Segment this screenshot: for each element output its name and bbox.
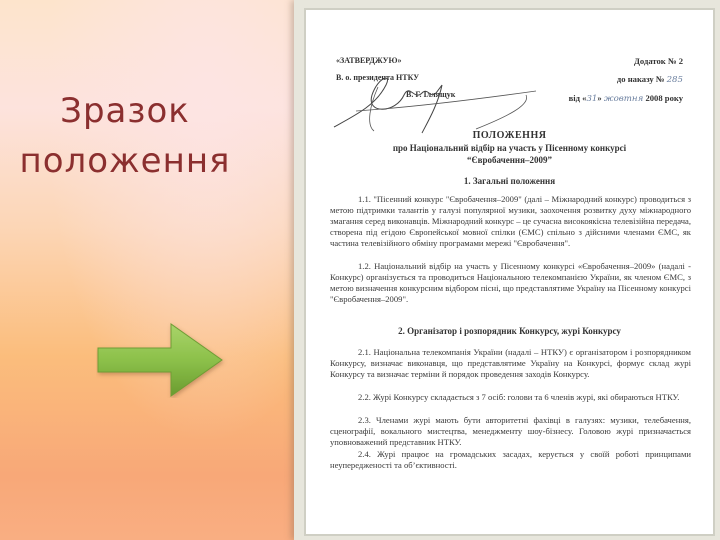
document-scan: «ЗАТВЕРДЖУЮ» В. о. президента НТКУ В. Г.… [306, 10, 713, 534]
document-title: ПОЛОЖЕННЯ [326, 130, 693, 142]
section-1-title: 1. Загальні положення [326, 176, 693, 186]
right-arrow-icon[interactable] [96, 322, 228, 398]
document-subtitle-line1: про Національний відбір на участь у Пісе… [326, 142, 693, 154]
slide-title-line1: Зразок [0, 86, 250, 136]
document-heading: ПОЛОЖЕННЯ про Національний відбір на уча… [326, 130, 693, 166]
date-line: від «31» жовтня 2008 року [513, 89, 683, 108]
slide-title: Зразок положення [0, 86, 250, 186]
order-prefix: до наказу № [617, 74, 665, 84]
paragraph-1-1: 1.1. "Пісенний конкурс "Євробачення–2009… [330, 194, 691, 249]
order-number: 285 [667, 75, 683, 85]
date-month: жовтня [604, 94, 643, 104]
document-subtitle-line2: “Євробачення–2009” [326, 154, 693, 166]
paragraph-2-3: 2.3. Членами журі мають бути авторитетні… [330, 415, 691, 448]
paragraph-2-2: 2.2. Журі Конкурсу складається з 7 осіб:… [330, 392, 691, 403]
date-day: 31 [586, 94, 597, 104]
slide-left-panel: Зразок положення [0, 0, 295, 540]
paragraph-1-2: 1.2. Національний відбір на участь у Піс… [330, 261, 691, 305]
date-prefix: від « [569, 93, 587, 103]
attachment-label: Додаток № 2 [513, 52, 683, 70]
paragraph-2-4: 2.4. Журі працює на громадських засадах,… [330, 449, 691, 471]
document-image-frame: «ЗАТВЕРДЖУЮ» В. о. президента НТКУ В. Г.… [294, 0, 720, 540]
paragraph-2-1: 2.1. Національна телекомпанія України (н… [330, 347, 691, 380]
section-2-title: 2. Організатор і розпорядник Конкурсу, ж… [326, 326, 693, 336]
slide-title-line2: положення [0, 136, 250, 186]
date-suffix: 2008 року [645, 93, 683, 103]
order-line: до наказу № 285 [513, 70, 683, 89]
attachment-block: Додаток № 2 до наказу № 285 від «31» жов… [513, 52, 683, 108]
document-page: «ЗАТВЕРДЖУЮ» В. о. президента НТКУ В. Г.… [304, 8, 715, 536]
